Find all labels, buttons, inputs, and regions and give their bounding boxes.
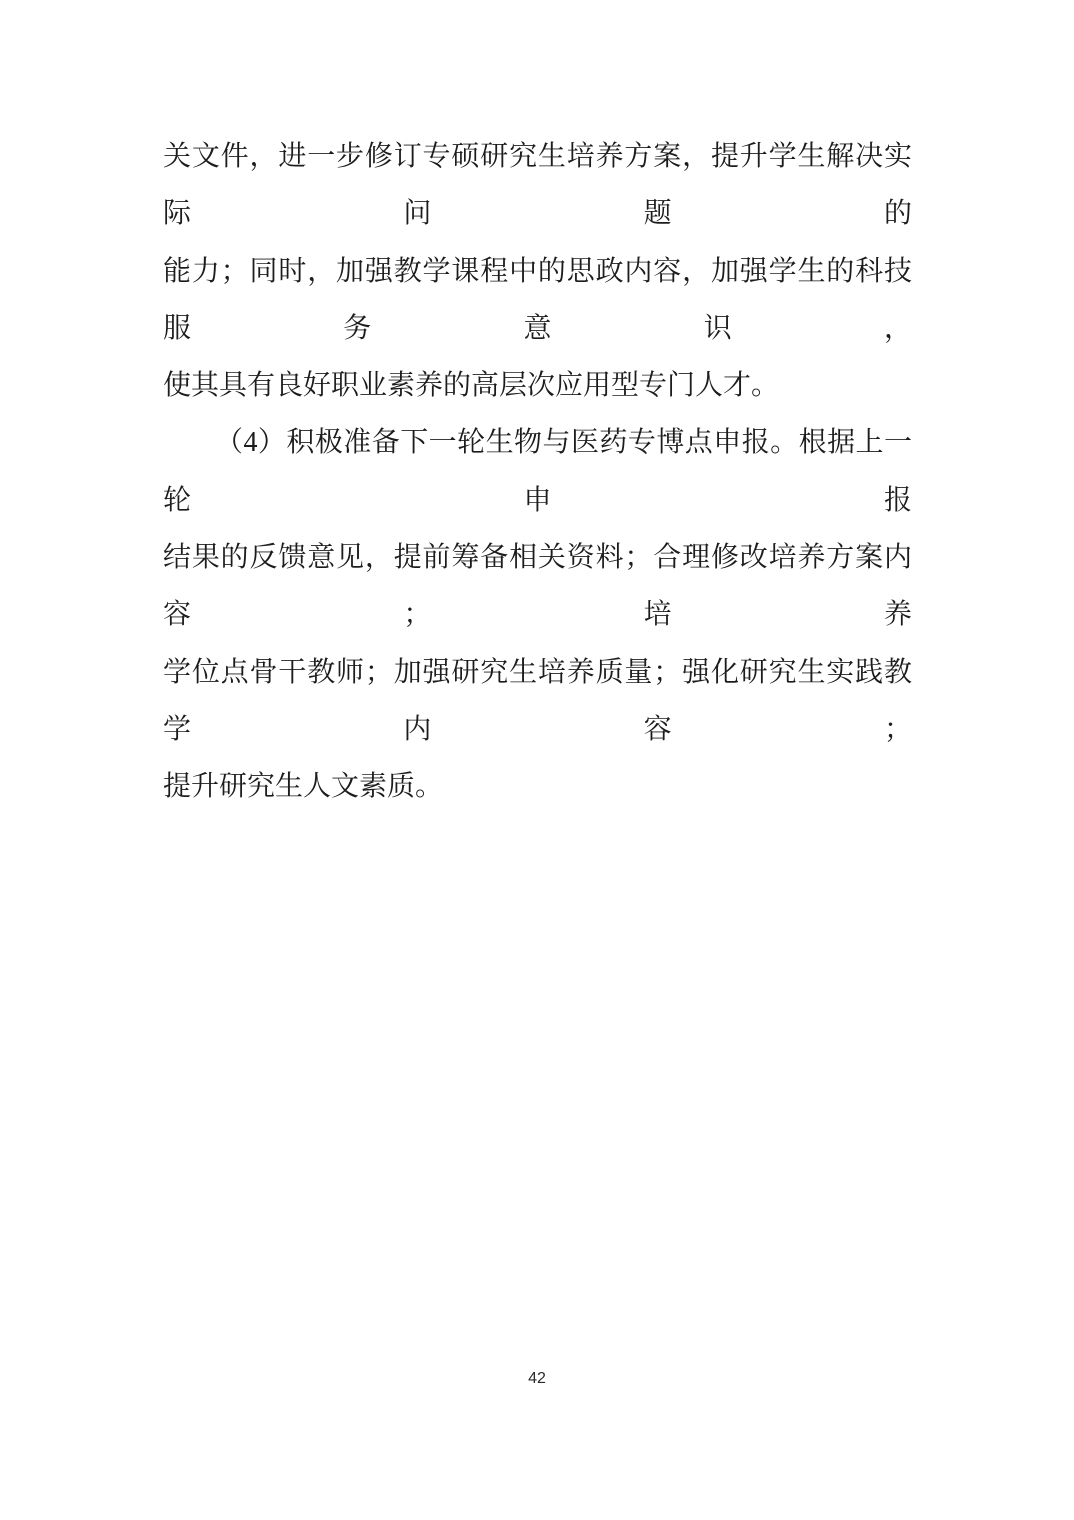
page-number: 42 <box>0 1370 1074 1388</box>
paragraph-2-line-2: 结果的反馈意见，提前筹备相关资料；合理修改培养方案内容；培养 <box>163 529 912 644</box>
paragraph-2-line-4: 提升研究生人文素质。 <box>163 758 912 815</box>
paragraph-1-line-3: 使其具有良好职业素养的高层次应用型专门人才。 <box>163 357 912 414</box>
body-text: 关文件，进一步修订专硕研究生培养方案，提升学生解决实际问题的 能力；同时，加强教… <box>163 128 912 816</box>
paragraph-2-line-3: 学位点骨干教师；加强研究生培养质量；强化研究生实践教学内容； <box>163 644 912 759</box>
paragraph-1-line-2: 能力；同时，加强教学课程中的思政内容，加强学生的科技服务意识， <box>163 243 912 358</box>
document-page: 关文件，进一步修订专硕研究生培养方案，提升学生解决实际问题的 能力；同时，加强教… <box>0 0 1074 1520</box>
paragraph-2-line-1: （4）积极准备下一轮生物与医药专博点申报。根据上一轮申报 <box>163 414 912 529</box>
paragraph-1-line-1: 关文件，进一步修订专硕研究生培养方案，提升学生解决实际问题的 <box>163 128 912 243</box>
